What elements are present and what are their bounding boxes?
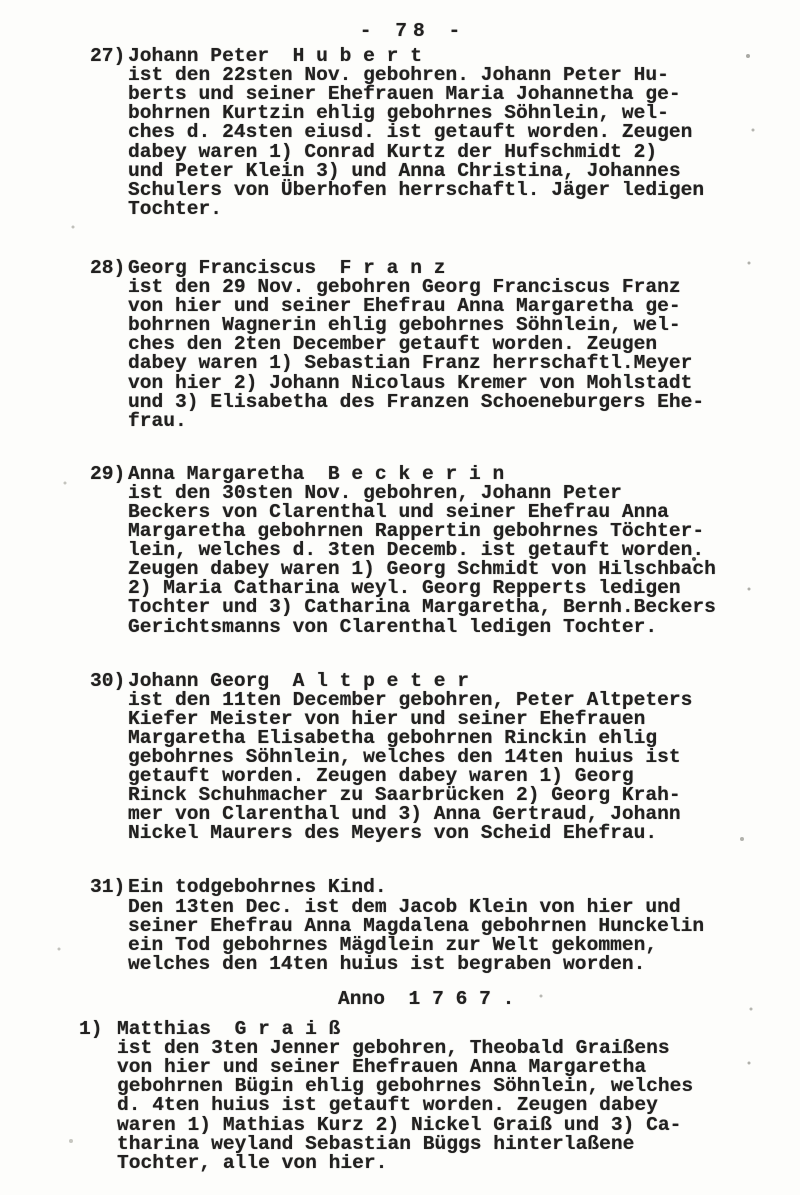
entry-body: Johann Georg A l t p e t e r ist den 11t… [128,672,800,844]
entry-number: 1) [79,1020,117,1039]
entry-text: ist den 29 Nov. gebohren Georg Franciscu… [128,278,800,431]
entry-body: Johann Peter H u b e r t ist den 22sten … [128,47,800,219]
section-1767: 1) Matthias G r a i ß ist den 3ten Jenne… [0,1020,800,1173]
register-entry-29: 29) Anna Margaretha B e c k e r i n ist … [0,465,800,637]
entry-body: Ein todgebohrnes Kind. Den 13ten Dec. is… [128,878,800,973]
entry-text: ist den 3ten Jenner gebohren, Theobald G… [117,1039,800,1173]
page-number: - 78 - [0,0,800,41]
entry-text: ist den 22sten Nov. gebohren. Johann Pet… [128,66,800,219]
year-heading-1767: Anno 1 7 6 7 . [0,990,800,1009]
entry-text: ist den 30sten Nov. gebohren, Johann Pet… [128,484,800,637]
entry-number: 29) [90,465,128,484]
scanned-register-page: - 78 - 27) Johann Peter H u b e r t ist … [0,0,800,1195]
entry-number: 27) [90,47,128,66]
entry-number: 31) [90,878,128,897]
register-entry-1: 1) Matthias G r a i ß ist den 3ten Jenne… [0,1020,800,1173]
entry-heading: Ein todgebohrnes Kind. [128,878,800,897]
register-entry-27: 27) Johann Peter H u b e r t ist den 22s… [0,47,800,219]
section-1766: 27) Johann Peter H u b e r t ist den 22s… [0,47,800,974]
entry-number: 30) [90,672,128,691]
entry-text: ist den 11ten December gebohren, Peter A… [128,691,800,844]
entry-heading: Johann Georg A l t p e t e r [128,672,800,691]
register-entry-30: 30) Johann Georg A l t p e t e r ist den… [0,672,800,844]
entry-body: Georg Franciscus F r a n z ist den 29 No… [128,259,800,431]
entry-body: Matthias G r a i ß ist den 3ten Jenner g… [117,1020,800,1173]
register-entry-28: 28) Georg Franciscus F r a n z ist den 2… [0,259,800,431]
entry-text: Den 13ten Dec. ist dem Jacob Klein von h… [128,898,800,974]
entry-number: 28) [90,259,128,278]
entry-body: Anna Margaretha B e c k e r i n ist den … [128,465,800,637]
register-entry-31: 31) Ein todgebohrnes Kind. Den 13ten Dec… [0,878,800,973]
entry-heading: Anna Margaretha B e c k e r i n [128,465,800,484]
